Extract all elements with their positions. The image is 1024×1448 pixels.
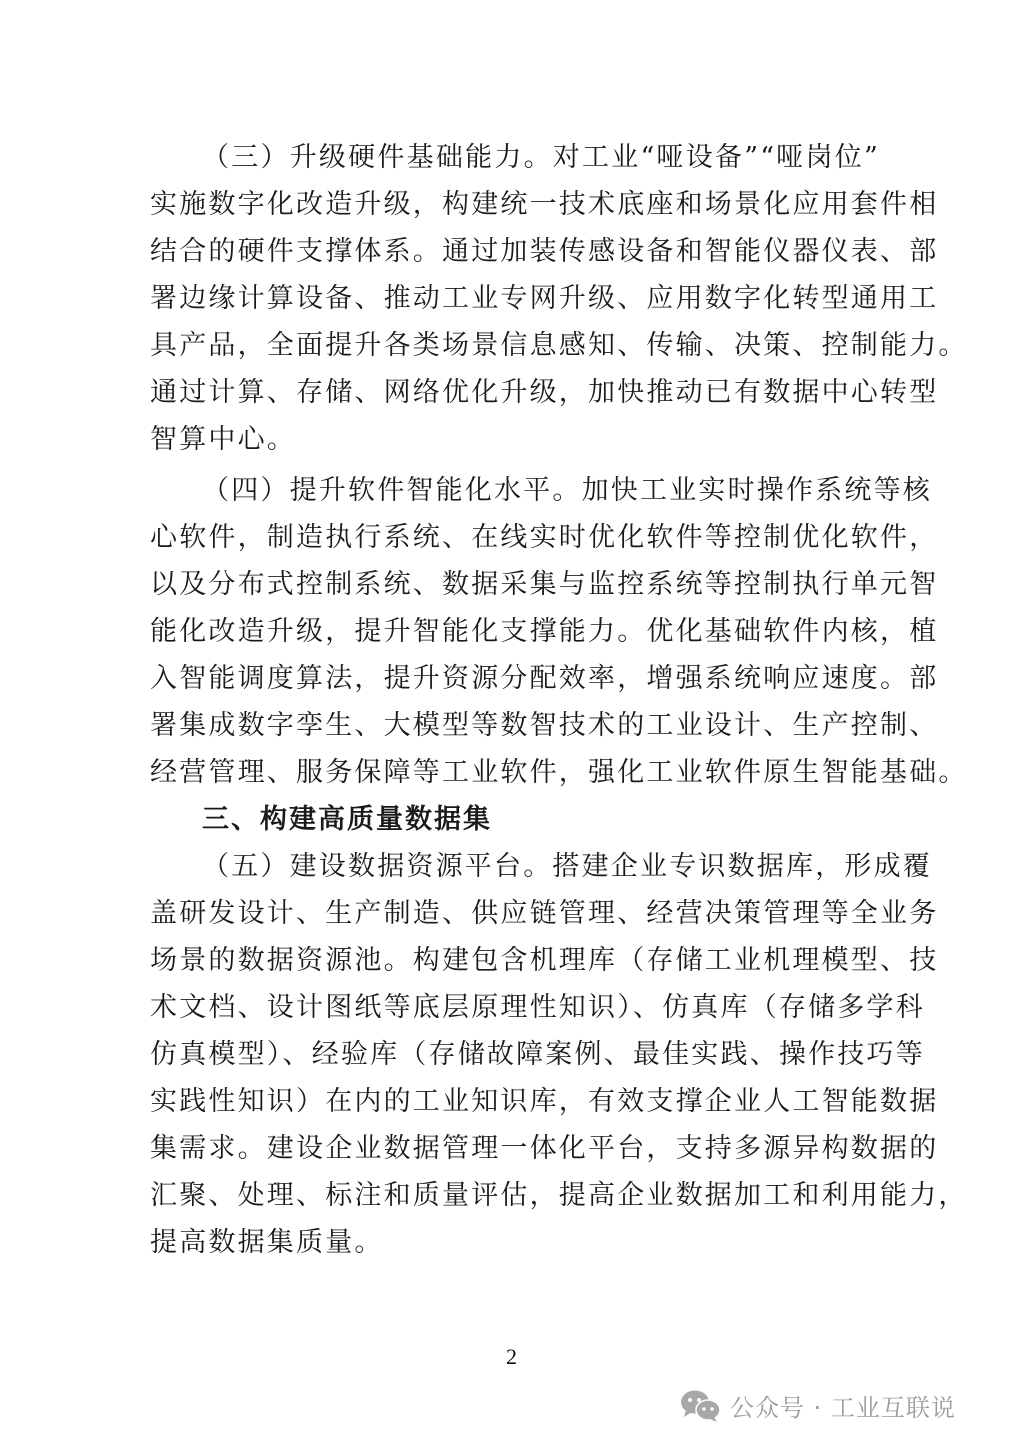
text-line: 集需求。建设企业数据管理一体化平台，支持多源异构数据的 [150, 1125, 880, 1172]
text-line: 入智能调度算法，提升资源分配效率，增强系统响应速度。部 [150, 655, 880, 702]
text-line: 经营管理、服务保障等工业软件，强化工业软件原生智能基础。 [150, 749, 880, 796]
text-line: 场景的数据资源池。构建包含机理库（存储工业机理模型、技 [150, 937, 880, 984]
text-line: 署边缘计算设备、推动工业专网升级、应用数字化转型通用工 [150, 275, 880, 322]
text-line: 智算中心。 [150, 416, 880, 463]
text-line: 实施数字化改造升级，构建统一技术底座和场景化应用套件相 [150, 181, 880, 228]
text-line: 署集成数字孪生、大模型等数智技术的工业设计、生产控制、 [150, 702, 880, 749]
text-line: 以及分布式控制系统、数据采集与监控系统等控制执行单元智 [150, 561, 880, 608]
document-body: （三）升级硬件基础能力。对工业“哑设备”“哑岗位” 实施数字化改造升级，构建统一… [150, 134, 880, 1266]
paragraph-5: （五）建设数据资源平台。搭建企业专识数据库，形成覆 盖研发设计、生产制造、供应链… [150, 843, 880, 1266]
text-line: 能化改造升级，提升智能化支撑能力。优化基础软件内核，植 [150, 608, 880, 655]
text-line: 盖研发设计、生产制造、供应链管理、经营决策管理等全业务 [150, 890, 880, 937]
text-line: （四）提升软件智能化水平。加快工业实时操作系统等核 [150, 467, 880, 514]
text-line: 心软件，制造执行系统、在线实时优化软件等控制优化软件， [150, 514, 880, 561]
text-line: 通过计算、存储、网络优化升级，加快推动已有数据中心转型 [150, 369, 880, 416]
page-number: 2 [506, 1344, 517, 1370]
wechat-icon [680, 1389, 722, 1423]
text-line: 实践性知识）在内的工业知识库，有效支撑企业人工智能数据 [150, 1078, 880, 1125]
watermark: 公众号 · 工业互联说 [680, 1388, 956, 1423]
text-line: 术文档、设计图纸等底层原理性知识）、仿真库（存储多学科 [150, 984, 880, 1031]
text-line: 结合的硬件支撑体系。通过加装传感设备和智能仪器仪表、部 [150, 228, 880, 275]
text-line: 仿真模型）、经验库（存储故障案例、最佳实践、操作技巧等 [150, 1031, 880, 1078]
section-heading: 三、构建高质量数据集 [150, 796, 880, 843]
watermark-text: 公众号 · 工业互联说 [730, 1388, 956, 1423]
text-line: 具产品，全面提升各类场景信息感知、传输、决策、控制能力。 [150, 322, 880, 369]
text-line: （三）升级硬件基础能力。对工业“哑设备”“哑岗位” [150, 134, 880, 181]
paragraph-3: （三）升级硬件基础能力。对工业“哑设备”“哑岗位” 实施数字化改造升级，构建统一… [150, 134, 880, 463]
text-line: 汇聚、处理、标注和质量评估，提高企业数据加工和利用能力， [150, 1172, 880, 1219]
paragraph-4: （四）提升软件智能化水平。加快工业实时操作系统等核 心软件，制造执行系统、在线实… [150, 467, 880, 796]
text-line: （五）建设数据资源平台。搭建企业专识数据库，形成覆 [150, 843, 880, 890]
text-line: 提高数据集质量。 [150, 1219, 880, 1266]
